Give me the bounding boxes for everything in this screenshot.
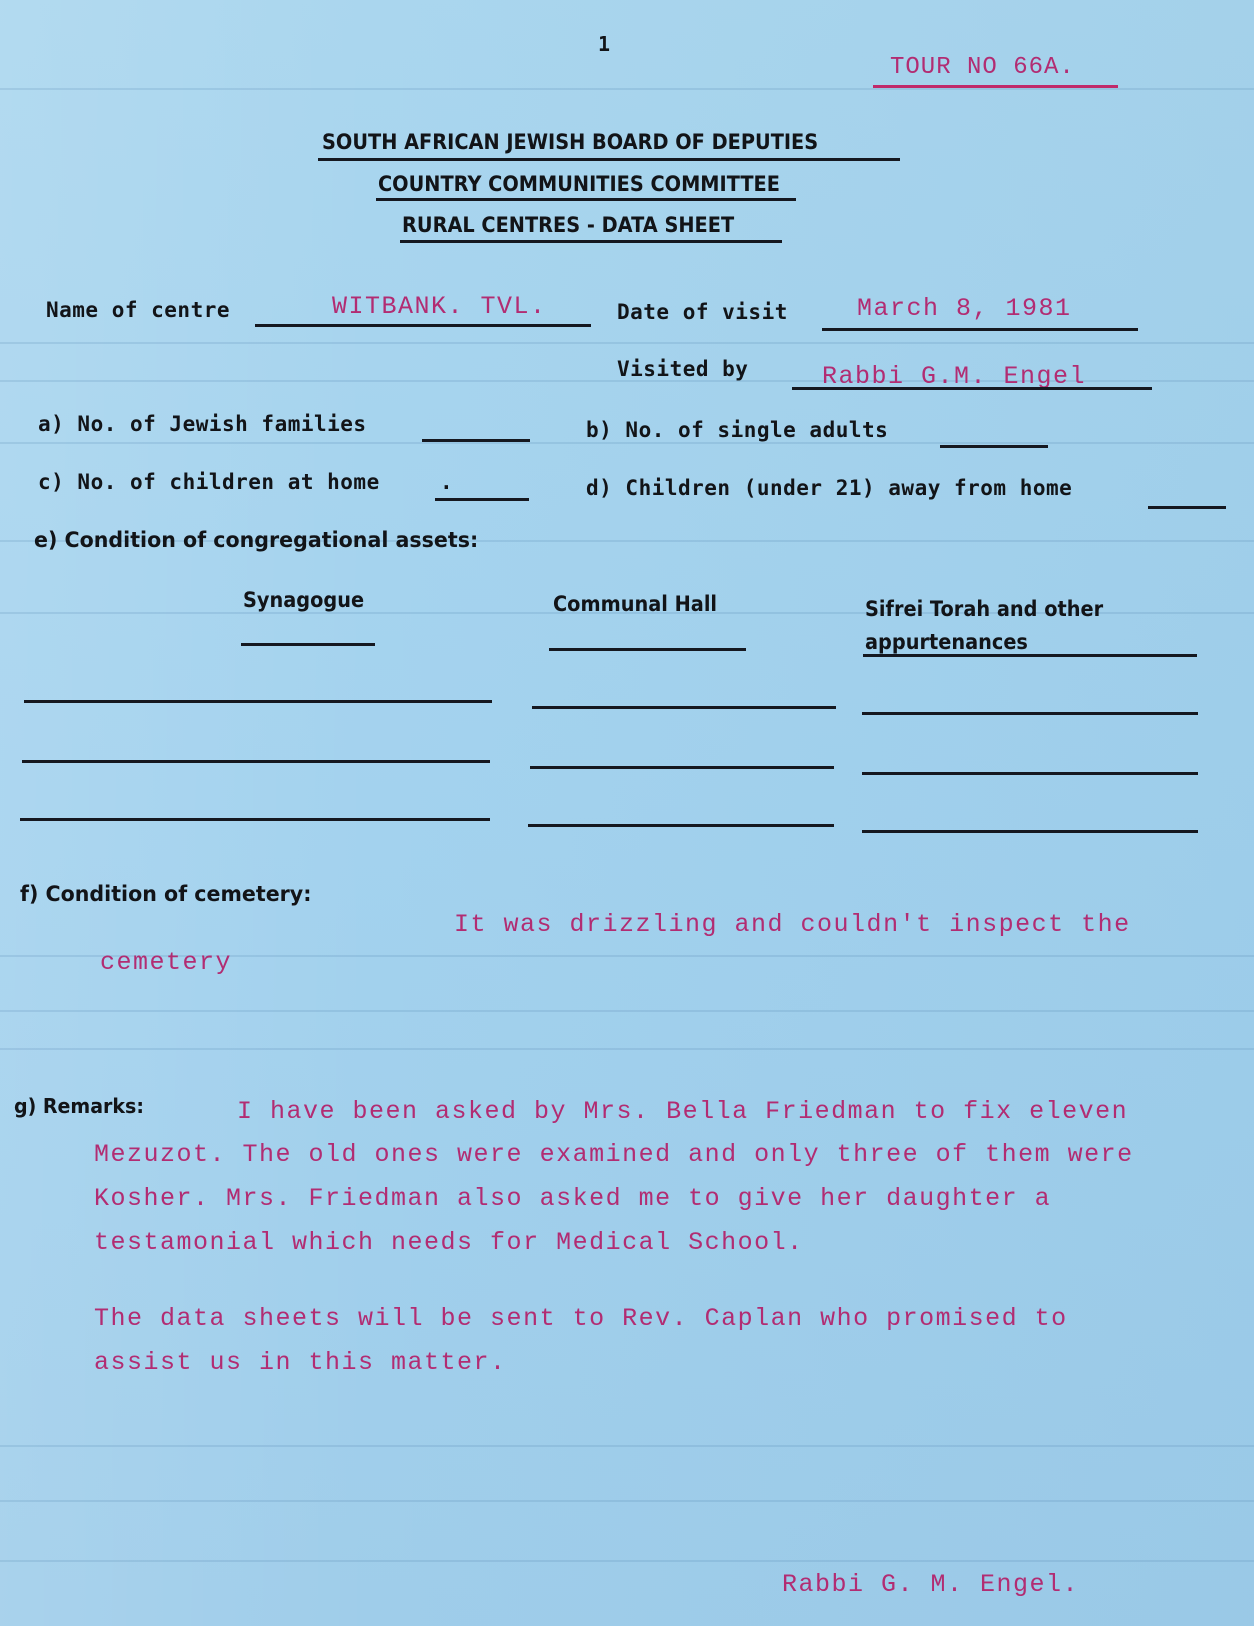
synagogue-entry-line-3[interactable] <box>20 818 490 821</box>
children-home-value[interactable]: . <box>440 470 453 494</box>
children-away-label: d) Children (under 21) away from home <box>586 476 1072 500</box>
communal-hall-header-underline <box>549 648 746 651</box>
communal-hall-entry-line-2[interactable] <box>530 766 834 769</box>
synagogue-header: Synagogue <box>243 588 364 612</box>
sheet-title: RURAL CENTRES - DATA SHEET <box>402 213 734 237</box>
children-away-underline <box>1148 506 1226 509</box>
org-title-underline <box>318 158 900 161</box>
sifrei-torah-header: Sifrei Torah and other <box>865 597 1103 621</box>
cemetery-text-line-1: It was drizzling and couldn't inspect th… <box>454 910 1131 939</box>
document-page: 1 TOUR NO 66A. SOUTH AFRICAN JEWISH BOAR… <box>0 0 1254 1626</box>
sifrei-torah-entry-line-2[interactable] <box>862 772 1198 775</box>
single-adults-label: b) No. of single adults <box>586 418 888 442</box>
committee-title: COUNTRY COMMUNITIES COMMITTEE <box>378 172 780 196</box>
signature: Rabbi G. M. Engel. <box>782 1570 1079 1599</box>
communal-hall-entry-line-1[interactable] <box>532 706 836 709</box>
remarks-line-3: Kosher. Mrs. Friedman also asked me to g… <box>94 1184 1051 1213</box>
remarks-line-2: Mezuzot. The old ones were examined and … <box>94 1140 1134 1169</box>
visited-by-label: Visited by <box>617 357 748 381</box>
cemetery-text-line-2: cemetery <box>100 948 232 977</box>
synagogue-entry-line-2[interactable] <box>22 760 490 763</box>
page-number: 1 <box>598 32 611 56</box>
sifrei-torah-entry-line-3[interactable] <box>862 830 1198 833</box>
date-value[interactable]: March 8, 1981 <box>857 294 1072 323</box>
assets-label: e) Condition of congregational assets: <box>34 528 478 552</box>
remarks-line-6: assist us in this matter. <box>94 1348 507 1377</box>
remarks-line-4: testamonial which needs for Medical Scho… <box>94 1228 804 1257</box>
families-underline <box>422 439 530 442</box>
remarks-line-1: I have been asked by Mrs. Bella Friedman… <box>237 1097 1128 1126</box>
centre-underline <box>255 324 591 327</box>
single-adults-underline <box>940 445 1048 448</box>
families-label: a) No. of Jewish families <box>38 412 367 436</box>
centre-value[interactable]: WITBANK. TVL. <box>332 292 547 321</box>
ghost-line <box>0 442 1254 444</box>
visited-by-underline <box>792 387 1152 390</box>
ghost-line <box>0 1500 1254 1502</box>
date-underline <box>822 328 1138 331</box>
date-label: Date of visit <box>617 300 788 324</box>
appurtenances-header: appurtenances <box>865 630 1028 654</box>
communal-hall-entry-line-3[interactable] <box>528 824 834 827</box>
org-title: SOUTH AFRICAN JEWISH BOARD OF DEPUTIES <box>322 130 818 154</box>
ghost-line <box>0 1560 1254 1562</box>
synagogue-entry-line-1[interactable] <box>24 700 492 703</box>
ghost-line <box>0 1048 1254 1050</box>
communal-hall-header: Communal Hall <box>553 592 717 616</box>
cemetery-label: f) Condition of cemetery: <box>20 882 311 906</box>
remarks-line-5: The data sheets will be sent to Rev. Cap… <box>94 1304 1068 1333</box>
ghost-line <box>0 342 1254 344</box>
sifrei-torah-header-underline <box>863 654 1197 657</box>
children-home-underline <box>435 498 529 501</box>
children-home-label: c) No. of children at home <box>38 470 380 494</box>
centre-label: Name of centre <box>46 298 230 322</box>
tour-underline <box>873 85 1118 88</box>
remarks-label: g) Remarks: <box>14 1094 144 1118</box>
committee-underline <box>376 198 796 201</box>
synagogue-header-underline <box>241 643 375 646</box>
ghost-line <box>0 1445 1254 1447</box>
sifrei-torah-entry-line-1[interactable] <box>862 712 1198 715</box>
sheet-title-underline <box>400 240 782 243</box>
ghost-line <box>0 88 1254 90</box>
tour-number: TOUR NO 66A. <box>890 54 1075 81</box>
ghost-line <box>0 1010 1254 1012</box>
